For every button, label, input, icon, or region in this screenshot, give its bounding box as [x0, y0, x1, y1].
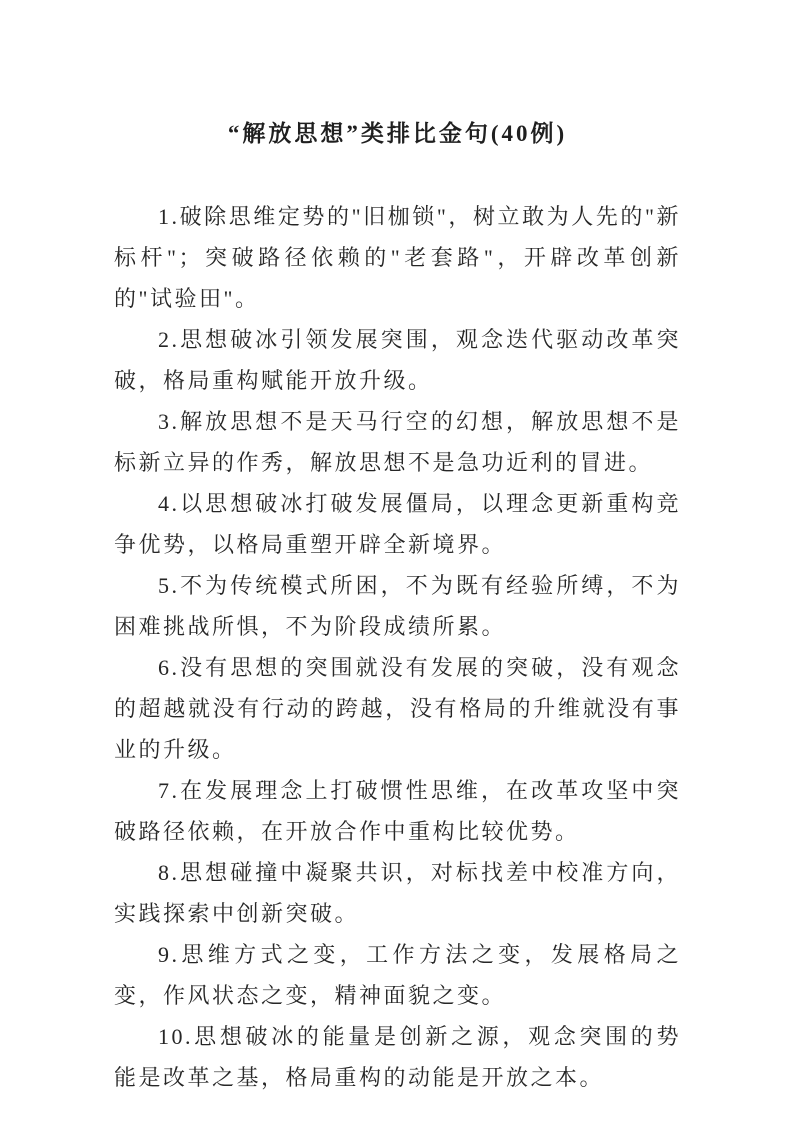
- list-item-10: 10.思想破冰的能量是创新之源，观念突围的势能是改革之基，格局重构的动能是开放之…: [114, 1016, 681, 1098]
- document-body: 1.破除思维定势的"旧枷锁"，树立敢为人先的"新标杆"；突破路径依赖的"老套路"…: [114, 196, 681, 1098]
- list-item-8: 8.思想碰撞中凝聚共识，对标找差中校准方向，实践探索中创新突破。: [114, 852, 681, 934]
- list-item-9: 9.思维方式之变，工作方法之变，发展格局之变，作风状态之变，精神面貌之变。: [114, 934, 681, 1016]
- document-title: “解放思想”类排比金句(40例): [114, 118, 681, 150]
- document-page: “解放思想”类排比金句(40例) 1.破除思维定势的"旧枷锁"，树立敢为人先的"…: [0, 0, 793, 1122]
- list-item-7: 7.在发展理念上打破惯性思维，在改革攻坚中突破路径依赖，在开放合作中重构比较优势…: [114, 770, 681, 852]
- list-item-5: 5.不为传统模式所困，不为既有经验所缚，不为困难挑战所惧，不为阶段成绩所累。: [114, 565, 681, 647]
- list-item-2: 2.思想破冰引领发展突围，观念迭代驱动改革突破，格局重构赋能开放升级。: [114, 319, 681, 401]
- list-item-4: 4.以思想破冰打破发展僵局，以理念更新重构竞争优势，以格局重塑开辟全新境界。: [114, 483, 681, 565]
- list-item-6: 6.没有思想的突围就没有发展的突破，没有观念的超越就没有行动的跨越，没有格局的升…: [114, 647, 681, 770]
- list-item-3: 3.解放思想不是天马行空的幻想，解放思想不是标新立异的作秀，解放思想不是急功近利…: [114, 401, 681, 483]
- list-item-1: 1.破除思维定势的"旧枷锁"，树立敢为人先的"新标杆"；突破路径依赖的"老套路"…: [114, 196, 681, 319]
